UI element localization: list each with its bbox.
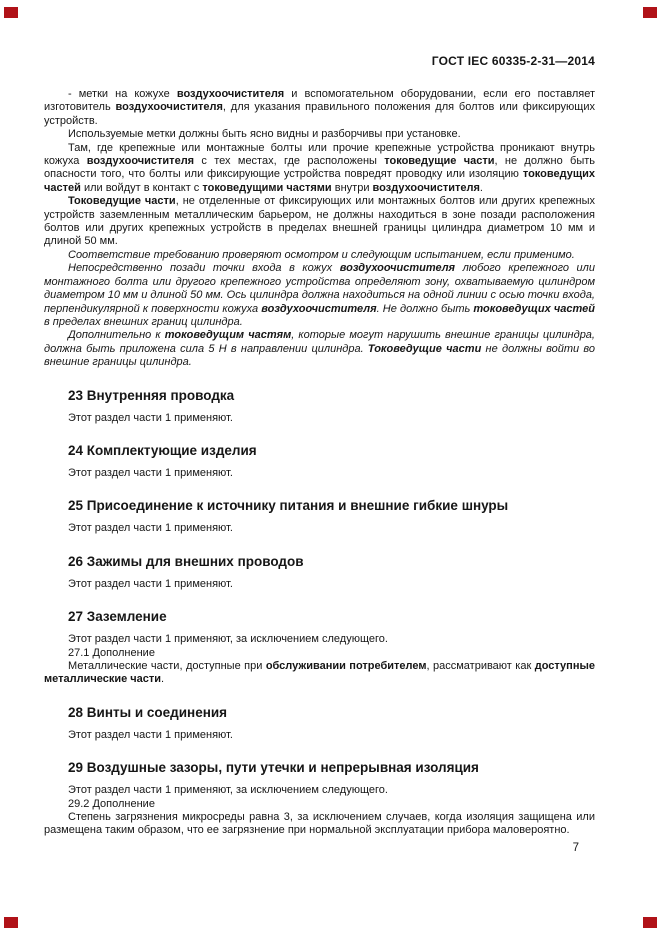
text-run: 26 Зажимы для внешних проводов <box>68 554 304 569</box>
text-run: 23 Внутренняя проводка <box>68 388 234 403</box>
paragraph: Этот раздел части 1 применяют, за исключ… <box>44 784 595 797</box>
emphasis-term: обслуживании потребителем <box>266 660 427 672</box>
emphasis-term: воздухоочистителя <box>87 155 194 167</box>
text-run: Металлические части, доступные при <box>68 660 266 672</box>
text-run: Используемые метки должны быть ясно видн… <box>68 128 461 140</box>
section-heading: 29 Воздушные зазоры, пути утечки и непре… <box>44 760 595 776</box>
text-run: 25 Присоединение к источнику питания и в… <box>68 498 508 513</box>
document-body: - метки на кожухе воздухоочистителя и вс… <box>44 88 595 838</box>
paragraph: Этот раздел части 1 применяют. <box>44 522 595 535</box>
paragraph: 27.1 Дополнение <box>44 647 595 660</box>
text-run: Этот раздел части 1 применяют. <box>68 578 233 590</box>
paragraph: Этот раздел части 1 применяют, за исключ… <box>44 633 595 646</box>
text-run: 27.1 Дополнение <box>68 647 155 659</box>
running-header: ГОСТ IEC 60335-2-31—2014 <box>44 54 595 68</box>
paragraph: Непосредственно позади точки входа в кож… <box>44 262 595 329</box>
text-run: Этот раздел части 1 применяют. <box>68 412 233 424</box>
corner-mark-bottom-right <box>643 917 657 928</box>
text-run: 27 Заземление <box>68 609 167 624</box>
text-run: . <box>480 182 483 194</box>
paragraph: Токоведущие части, не отделенные от фикс… <box>44 195 595 249</box>
section-heading: 25 Присоединение к источнику питания и в… <box>44 498 595 514</box>
text-run: , рассматривают как <box>426 660 534 672</box>
text-run: Дополнительно к <box>68 329 165 341</box>
emphasis-term: воздухоочистителя <box>116 101 223 113</box>
paragraph: Этот раздел части 1 применяют. <box>44 412 595 425</box>
text-run: Степень загрязнения микросреды равна 3, … <box>44 811 595 836</box>
section-heading: 26 Зажимы для внешних проводов <box>44 554 595 570</box>
paragraph: Металлические части, доступные при обслу… <box>44 660 595 687</box>
text-run: 24 Комплектующие изделия <box>68 443 257 458</box>
text-run: или войдут в контакт с <box>81 182 202 194</box>
paragraph: Этот раздел части 1 применяют. <box>44 578 595 591</box>
paragraph: Там, где крепежные или монтажные болты и… <box>44 142 595 196</box>
paragraph: Используемые метки должны быть ясно видн… <box>44 128 595 141</box>
text-run: . Не должно быть <box>377 303 474 315</box>
text-run: внутри <box>332 182 373 194</box>
emphasis-term: воздухоочистителя <box>261 303 376 315</box>
text-run: в пределах внешних границ цилиндра. <box>44 316 243 328</box>
emphasis-term: Токоведущие части <box>68 195 176 207</box>
emphasis-term: токоведущие части <box>384 155 494 167</box>
paragraph: Этот раздел части 1 применяют. <box>44 729 595 742</box>
paragraph: - метки на кожухе воздухоочистителя и вс… <box>44 88 595 128</box>
emphasis-term: токоведущим частям <box>165 329 292 341</box>
emphasis-term: воздухоочистителя <box>373 182 480 194</box>
text-run: Этот раздел части 1 применяют, за исключ… <box>68 633 388 645</box>
text-run: Непосредственно позади точки входа в кож… <box>68 262 340 274</box>
section-heading: 28 Винты и соединения <box>44 705 595 721</box>
paragraph: Соответствие требованию проверяют осмотр… <box>44 249 595 262</box>
emphasis-term: воздухоочистителя <box>177 88 284 100</box>
text-run: Этот раздел части 1 применяют, за исключ… <box>68 784 388 796</box>
corner-mark-top-right <box>643 7 657 18</box>
section-heading: 27 Заземление <box>44 609 595 625</box>
section-heading: 23 Внутренняя проводка <box>44 388 595 404</box>
document-page: ГОСТ IEC 60335-2-31—2014 - метки на кожу… <box>0 0 661 935</box>
text-run: 29 Воздушные зазоры, пути утечки и непре… <box>68 760 479 775</box>
paragraph: Дополнительно к токоведущим частям, кото… <box>44 329 595 369</box>
emphasis-term: токоведущими частями <box>202 182 331 194</box>
text-run: Этот раздел части 1 применяют. <box>68 729 233 741</box>
text-run: - метки на кожухе <box>68 88 177 100</box>
text-run: Этот раздел части 1 применяют. <box>68 522 233 534</box>
paragraph: Степень загрязнения микросреды равна 3, … <box>44 811 595 838</box>
paragraph: Этот раздел части 1 применяют. <box>44 467 595 480</box>
text-run: . <box>161 673 164 685</box>
text-run: 29.2 Дополнение <box>68 798 155 810</box>
paragraph: 29.2 Дополнение <box>44 798 595 811</box>
text-run: Соответствие требованию проверяют осмотр… <box>68 249 575 261</box>
emphasis-term: токоведущих частей <box>473 303 595 315</box>
section-heading: 24 Комплектующие изделия <box>44 443 595 459</box>
text-run: с тех местах, где расположены <box>194 155 384 167</box>
text-run: 28 Винты и соединения <box>68 705 227 720</box>
emphasis-term: Токоведущие части <box>368 343 481 355</box>
emphasis-term: воздухоочистителя <box>340 262 455 274</box>
corner-mark-top-left <box>4 7 18 18</box>
page-number: 7 <box>573 842 579 854</box>
text-run: Этот раздел части 1 применяют. <box>68 467 233 479</box>
corner-mark-bottom-left <box>4 917 18 928</box>
